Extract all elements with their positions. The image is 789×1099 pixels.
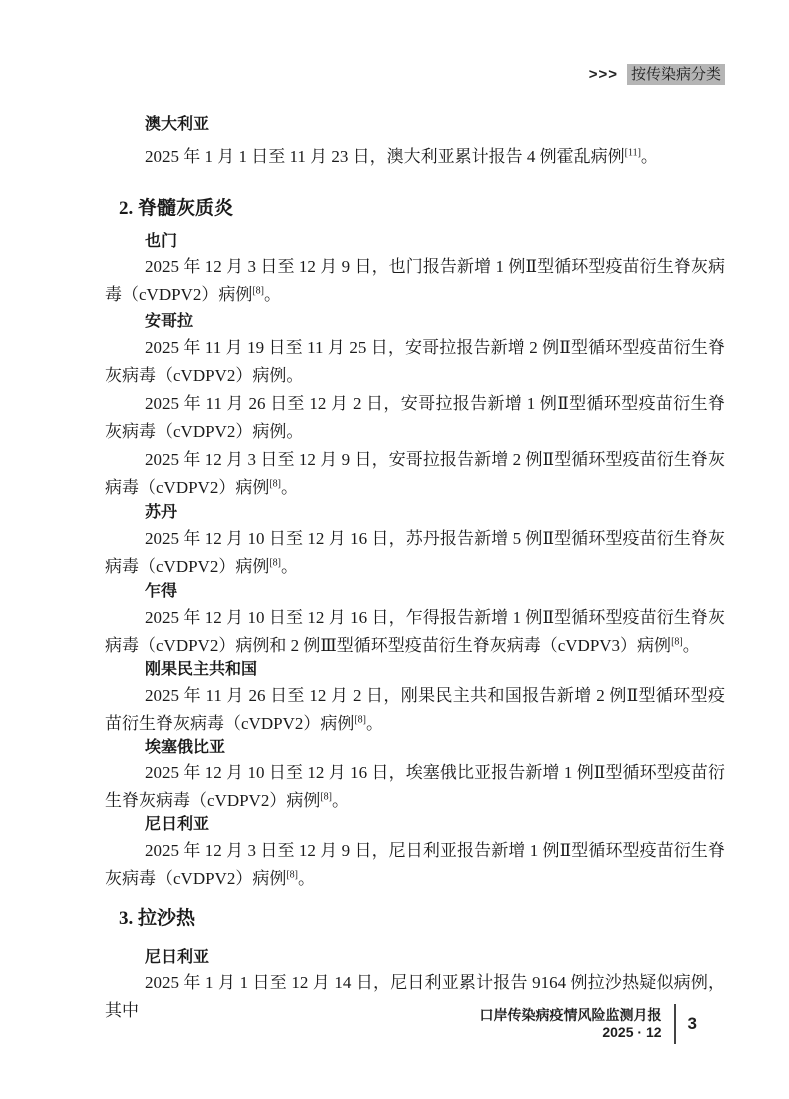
body-paragraph-nigeria-polio: 2025 年 12 月 3 日至 12 月 9 日，尼日利亚报告新增 1 例Ⅱ型… [105,837,725,893]
header-arrows: >>> [589,66,618,83]
paragraph-period: 。 [281,478,298,497]
paragraph-period: 。 [286,366,303,385]
paragraph-period: 。 [332,791,349,810]
body-paragraph-cholera: 2025 年 1 月 1 日至 11 月 23 日，澳大利亚累计报告 4 例霍乱… [105,143,725,171]
paragraph-period: 。 [264,285,281,304]
paragraph-text: 2025 年 11 月 19 日至 11 月 25 日，安哥拉报告新增 2 例Ⅱ… [105,338,725,385]
body-paragraph-drc: 2025 年 11 月 26 日至 12 月 2 日，刚果民主共和国报告新增 2… [105,682,725,738]
body-paragraph-yemen: 2025 年 12 月 3 日至 12 月 9 日，也门报告新增 1 例Ⅱ型循环… [105,253,725,309]
footer-journal-block: 口岸传染病疫情风险监测月报 2025 · 12 [480,1007,662,1041]
footnote-ref: [8] [320,791,332,802]
footnote-ref: [8] [269,557,281,568]
paragraph-text: 2025 年 12 月 3 日至 12 月 9 日，安哥拉报告新增 2 例Ⅱ型循… [105,450,725,497]
paragraph-period: 。 [641,147,658,166]
footnote-ref: [8] [354,714,366,725]
page-number: 3 [688,1014,697,1034]
country-heading-yemen: 也门 [145,231,725,252]
body-paragraph-chad: 2025 年 12 月 10 日至 12 月 16 日，乍得报告新增 1 例Ⅱ型… [105,604,725,660]
country-heading-ethiopia: 埃塞俄比亚 [145,737,725,758]
paragraph-period: 。 [366,714,383,733]
paragraph-text: 2025 年 11 月 26 日至 12 月 2 日，刚果民主共和国报告新增 2… [105,686,725,733]
paragraph-period: 。 [286,422,303,441]
footnote-ref: [8] [269,478,281,489]
body-paragraph-angola-2: 2025 年 11 月 26 日至 12 月 2 日，安哥拉报告新增 1 例Ⅱ型… [105,390,725,446]
body-paragraph-angola-3: 2025 年 12 月 3 日至 12 月 9 日，安哥拉报告新增 2 例Ⅱ型循… [105,446,725,502]
paragraph-text: 2025 年 12 月 10 日至 12 月 16 日，苏丹报告新增 5 例Ⅱ型… [105,529,725,576]
page-footer: 口岸传染病疫情风险监测月报 2025 · 12 3 [480,1004,697,1044]
country-heading-sudan: 苏丹 [145,502,725,523]
paragraph-text: 2025 年 12 月 10 日至 12 月 16 日，乍得报告新增 1 例Ⅱ型… [105,608,725,655]
footnote-ref: [11] [625,147,641,158]
paragraph-period: 。 [683,636,700,655]
footer-journal-title: 口岸传染病疫情风险监测月报 [480,1007,662,1024]
footer-divider [674,1004,676,1044]
country-heading-chad: 乍得 [145,581,725,602]
body-paragraph-angola-1: 2025 年 11 月 19 日至 11 月 25 日，安哥拉报告新增 2 例Ⅱ… [105,334,725,390]
country-heading-angola: 安哥拉 [145,311,725,332]
body-paragraph-ethiopia: 2025 年 12 月 10 日至 12 月 16 日，埃塞俄比亚报告新增 1 … [105,759,725,815]
country-heading-nigeria-polio: 尼日利亚 [145,814,725,835]
footnote-ref: [8] [671,636,683,647]
country-heading-drc: 刚果民主共和国 [145,659,725,680]
paragraph-period: 。 [298,869,315,888]
page-header: >>>按传染病分类 [105,64,725,86]
footnote-ref: [8] [252,285,264,296]
paragraph-text: 2025 年 1 月 1 日至 11 月 23 日，澳大利亚累计报告 4 例霍乱… [145,147,625,166]
paragraph-text: 2025 年 12 月 3 日至 12 月 9 日，也门报告新增 1 例Ⅱ型循环… [105,257,725,304]
paragraph-text: 2025 年 12 月 3 日至 12 月 9 日，尼日利亚报告新增 1 例Ⅱ型… [105,841,725,888]
country-heading-australia: 澳大利亚 [145,114,725,135]
document-page: >>>按传染病分类 澳大利亚 2025 年 1 月 1 日至 11 月 23 日… [0,0,789,1099]
footnote-ref: [8] [286,869,298,880]
paragraph-text: 2025 年 12 月 10 日至 12 月 16 日，埃塞俄比亚报告新增 1 … [105,763,725,810]
paragraph-period: 。 [281,557,298,576]
paragraph-text: 2025 年 11 月 26 日至 12 月 2 日，安哥拉报告新增 1 例Ⅱ型… [105,394,725,441]
header-section-tag: 按传染病分类 [627,64,725,85]
country-heading-nigeria-lassa: 尼日利亚 [145,947,725,968]
section-heading-lassa: 3. 拉沙热 [119,906,725,932]
footer-issue: 2025 · 12 [480,1024,662,1041]
body-paragraph-sudan: 2025 年 12 月 10 日至 12 月 16 日，苏丹报告新增 5 例Ⅱ型… [105,525,725,581]
section-heading-polio: 2. 脊髓灰质炎 [119,196,725,222]
